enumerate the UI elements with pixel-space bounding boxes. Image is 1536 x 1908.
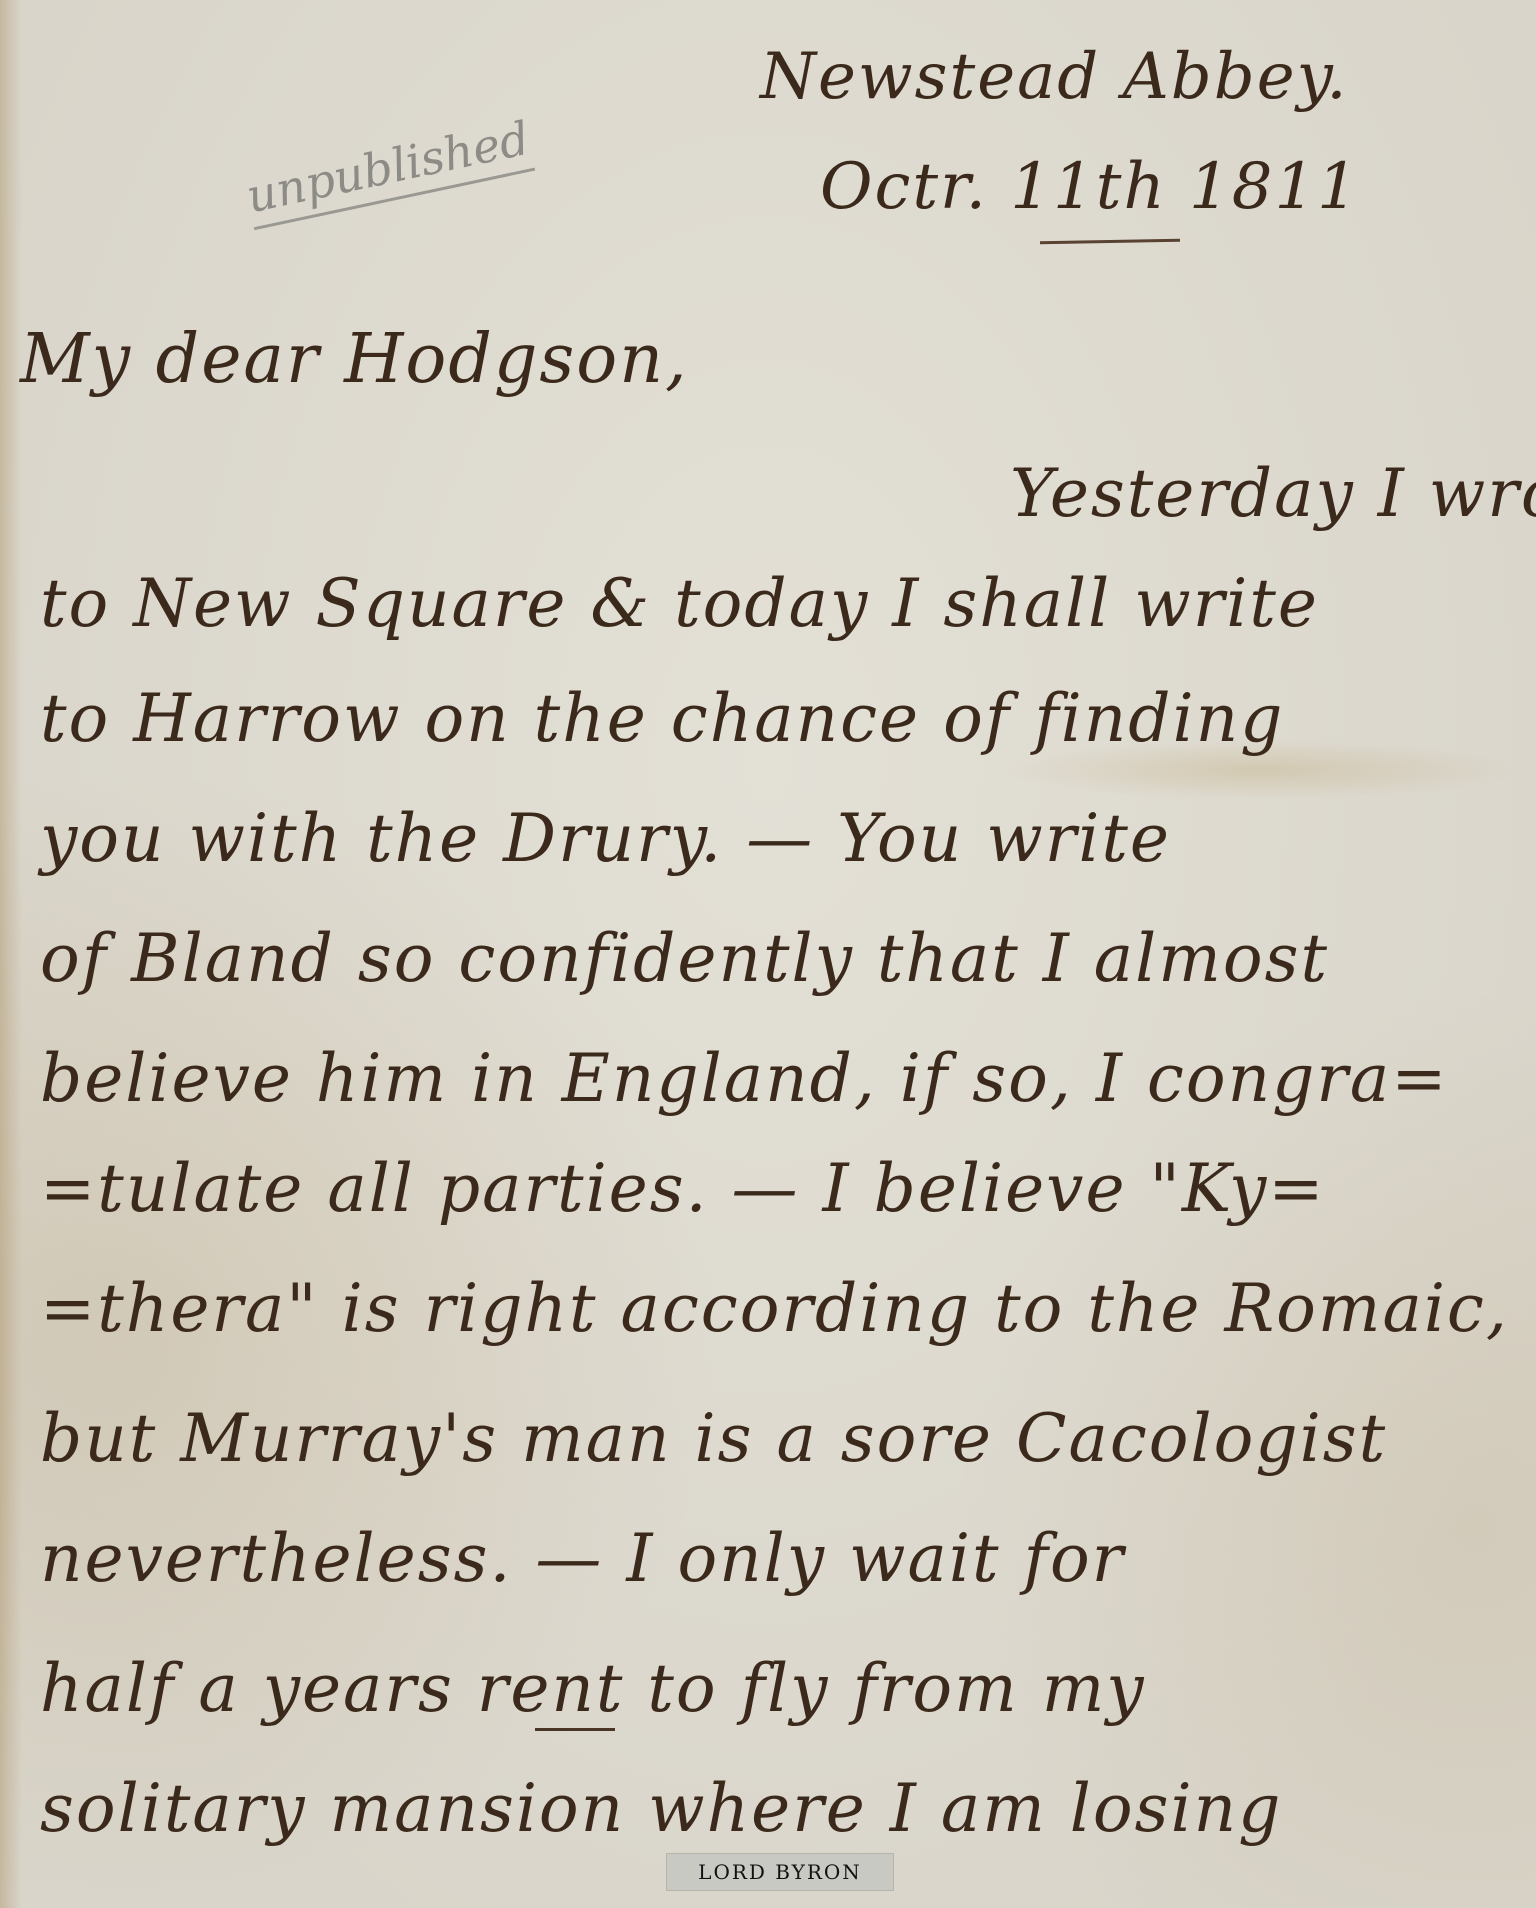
letter-line: nevertheless. — I only wait for: [40, 1520, 1125, 1597]
letter-line: you with the Drury. — You write: [40, 800, 1171, 877]
letter-page: unpublished Newstead Abbey. Octr. 11th 1…: [0, 0, 1536, 1908]
letter-line: solitary mansion where I am losing: [40, 1770, 1282, 1847]
rent-underline: [535, 1728, 615, 1731]
heading-date: Octr. 11th 1811: [820, 150, 1360, 224]
paper-edge-stain: [0, 0, 22, 1908]
heading-place: Newstead Abbey.: [760, 40, 1349, 114]
letter-line: to New Square & today I shall write: [40, 565, 1319, 642]
author-label: LORD BYRON: [666, 1853, 894, 1891]
date-underline: [1040, 239, 1180, 244]
letter-line: believe him in England, if so, I congra=: [40, 1040, 1449, 1117]
letter-line: =thera" is right according to the Romaic…: [40, 1270, 1509, 1347]
salutation: My dear Hodgson,: [20, 320, 689, 399]
pencil-annotation: unpublished: [242, 111, 536, 230]
letter-line: =tulate all parties. — I believe "Ky=: [40, 1150, 1326, 1227]
letter-line: half a years rent to fly from my: [40, 1650, 1146, 1727]
letter-line: but Murray's man is a sore Cacologist: [40, 1400, 1387, 1477]
letter-line: to Harrow on the chance of finding: [40, 680, 1284, 757]
letter-line: Yesterday I wrote: [1010, 455, 1536, 532]
letter-line: of Bland so confidently that I almost: [40, 920, 1329, 997]
